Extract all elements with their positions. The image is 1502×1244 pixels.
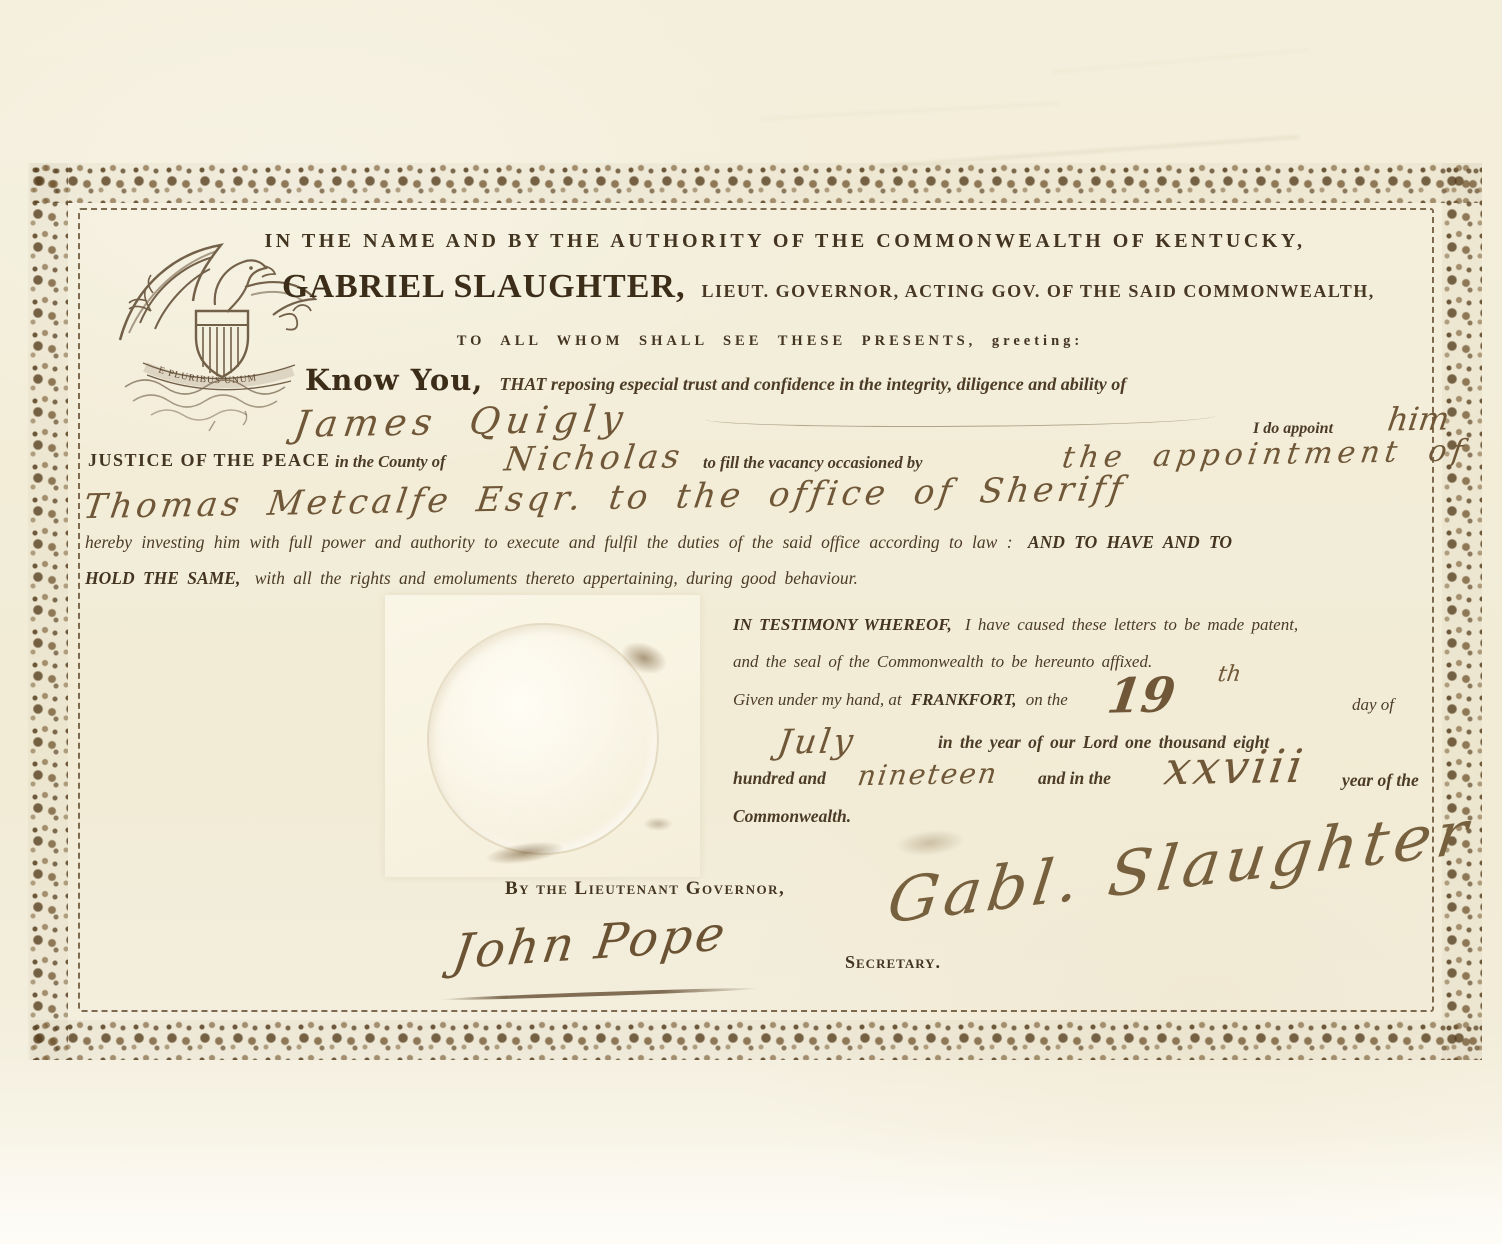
authority-line: IN THE NAME AND BY THE AUTHORITY OF THE … (240, 230, 1330, 253)
salutation-line: TO ALL WHOM SHALL SEE THESE PRESENTS, gr… (380, 333, 1160, 350)
and-in-the-label: and in the (1038, 768, 1111, 789)
commonwealth-year-handwritten: xxviii (1161, 739, 1309, 795)
border-ornament-bottom (30, 1020, 1482, 1060)
paper-bottom-edge (0, 1130, 1502, 1244)
year-written-handwritten: nineteen (855, 757, 1000, 792)
investing-caps-b: HOLD THE SAME, (85, 568, 240, 588)
month-handwritten: July (775, 721, 858, 762)
appoint-pronoun-handwritten: him (1385, 399, 1452, 438)
testimony-rest: I have caused these letters to be made p… (965, 615, 1298, 634)
governor-title: LIEUT. GOVERNOR, ACTING GOV. OF THE SAID… (701, 281, 1374, 301)
year-of-the-label: year of the (1342, 770, 1419, 791)
investing-suffix: with all the rights and emoluments there… (255, 568, 858, 588)
day-handwritten: 19 (1104, 667, 1179, 724)
investing-prefix: hereby investing him with full power and… (85, 532, 1013, 552)
trust-clause: THAT reposing especial trust and confide… (499, 374, 1126, 394)
frankfort-label: FRANKFORT, (911, 690, 1017, 709)
border-ornament-left (28, 163, 68, 1060)
bleed-through-line (760, 102, 1060, 120)
bleed-through-line (1050, 49, 1309, 74)
on-the: on the (1026, 690, 1068, 709)
day-ordinal-handwritten: th (1216, 662, 1243, 687)
border-ornament-top (30, 163, 1482, 203)
secretary-label: Secretary. (845, 952, 941, 973)
county-name-handwritten: Nicholas (502, 436, 686, 478)
paper-seal-wafer (385, 595, 700, 877)
know-you-heading: Know You, (305, 363, 483, 397)
day-of-label: day of (1352, 695, 1394, 715)
given-prefix: Given under my hand, at (733, 690, 902, 709)
investing-caps-a: AND TO HAVE AND TO (1028, 532, 1232, 552)
by-lieutenant-governor-line: By the Lieutenant Governor, (505, 878, 785, 900)
vacancy-phrase: to fill the vacancy occasioned by (703, 453, 923, 473)
seal-clause: and the seal of the Commonwealth to be h… (733, 652, 1152, 672)
ink-blot (643, 817, 673, 831)
office-title: JUSTICE OF THE PEACE (88, 450, 331, 471)
certificate-document: E PLURIBUS UNUM IN THE NAME AND BY THE A… (0, 0, 1502, 1244)
testimony-caps: IN TESTIMONY WHEREOF, (733, 615, 952, 634)
hundred-and-label: hundred and (733, 768, 826, 789)
border-ornament-right (1442, 163, 1482, 1060)
governor-name: GABRIEL SLAUGHTER, (282, 268, 685, 305)
commonwealth-word: Commonwealth. (733, 806, 851, 827)
in-county-of: in the County of (335, 452, 445, 472)
